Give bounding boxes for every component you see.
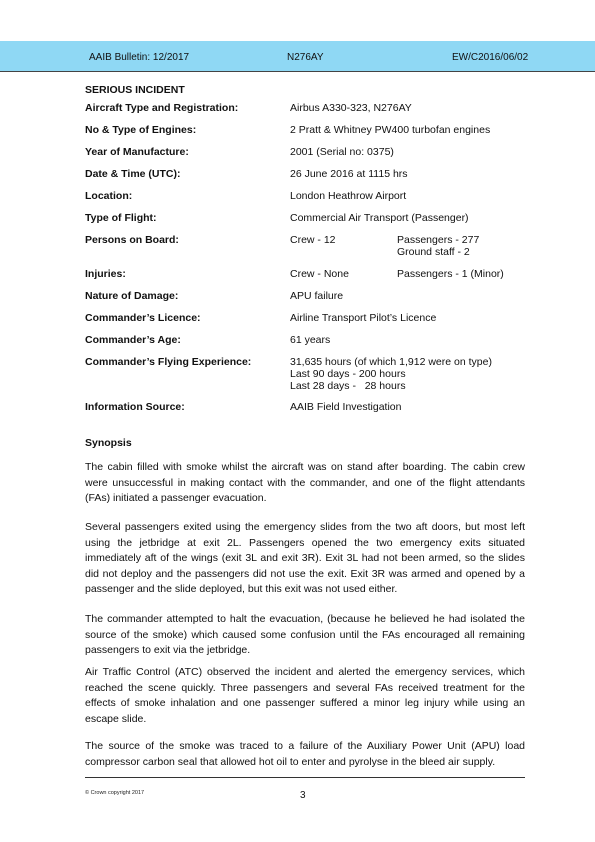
- detail-label: Injuries:: [85, 268, 126, 280]
- detail-value: Crew - 12: [290, 234, 336, 246]
- detail-value-secondary: Passengers - 277 Ground staff - 2: [397, 234, 479, 258]
- bulletin-header: AAIB Bulletin: 12/2017 N276AY EW/C2016/0…: [0, 41, 595, 72]
- detail-value: London Heathrow Airport: [290, 190, 406, 202]
- detail-value: AAIB Field Investigation: [290, 401, 401, 413]
- detail-value: APU failure: [290, 290, 343, 302]
- report-reference: EW/C2016/06/02: [452, 52, 528, 63]
- synopsis-paragraph: The commander attempted to halt the evac…: [85, 612, 525, 659]
- page-number: 3: [300, 790, 306, 801]
- detail-value: 31,635 hours (of which 1,912 were on typ…: [290, 356, 492, 392]
- detail-value: 2 Pratt & Whitney PW400 turbofan engines: [290, 124, 490, 136]
- detail-label: Commander’s Age:: [85, 334, 181, 346]
- detail-label: Commander’s Licence:: [85, 312, 201, 324]
- detail-value: Airbus A330-323, N276AY: [290, 102, 412, 114]
- synopsis-paragraph: Several passengers exited using the emer…: [85, 520, 525, 598]
- synopsis-paragraph: The source of the smoke was traced to a …: [85, 739, 525, 770]
- detail-label: Type of Flight:: [85, 212, 157, 224]
- detail-label: Location:: [85, 190, 132, 202]
- detail-label: No & Type of Engines:: [85, 124, 196, 136]
- synopsis-paragraph: The cabin filled with smoke whilst the a…: [85, 460, 525, 507]
- bulletin-number: AAIB Bulletin: 12/2017: [89, 52, 189, 63]
- detail-label: Information Source:: [85, 401, 185, 413]
- synopsis-paragraph: Air Traffic Control (ATC) observed the i…: [85, 665, 525, 727]
- detail-label: Aircraft Type and Registration:: [85, 102, 238, 114]
- section-title: SERIOUS INCIDENT: [85, 84, 185, 96]
- detail-value-secondary: Passengers - 1 (Minor): [397, 268, 504, 280]
- copyright-notice: © Crown copyright 2017: [85, 790, 144, 796]
- detail-value: 2001 (Serial no: 0375): [290, 146, 394, 158]
- detail-label: Nature of Damage:: [85, 290, 178, 302]
- detail-value: Commercial Air Transport (Passenger): [290, 212, 469, 224]
- detail-value: 61 years: [290, 334, 330, 346]
- detail-value: 26 June 2016 at 1115 hrs: [290, 168, 408, 180]
- detail-label: Commander’s Flying Experience:: [85, 356, 251, 368]
- detail-value: Airline Transport Pilot’s Licence: [290, 312, 436, 324]
- detail-value: Crew - None: [290, 268, 349, 280]
- footer-divider: [85, 777, 525, 778]
- detail-label: Persons on Board:: [85, 234, 179, 246]
- detail-label: Date & Time (UTC):: [85, 168, 180, 180]
- aircraft-registration: N276AY: [287, 52, 324, 63]
- synopsis-heading: Synopsis: [85, 437, 132, 449]
- detail-label: Year of Manufacture:: [85, 146, 189, 158]
